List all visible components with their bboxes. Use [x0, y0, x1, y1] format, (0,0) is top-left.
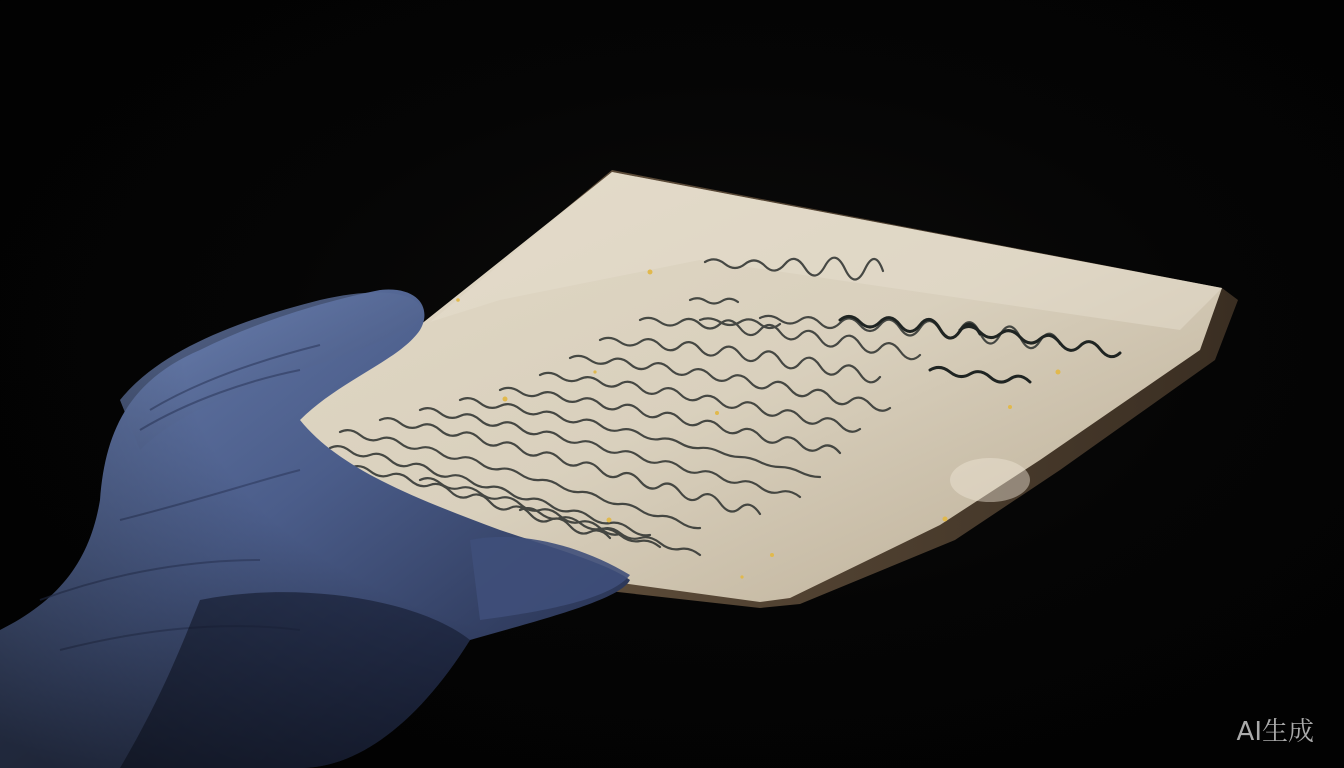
photo-illustration — [0, 0, 1344, 768]
ai-generated-watermark: AI生成 — [1237, 711, 1314, 748]
photo-scene: AI生成 — [0, 0, 1344, 768]
